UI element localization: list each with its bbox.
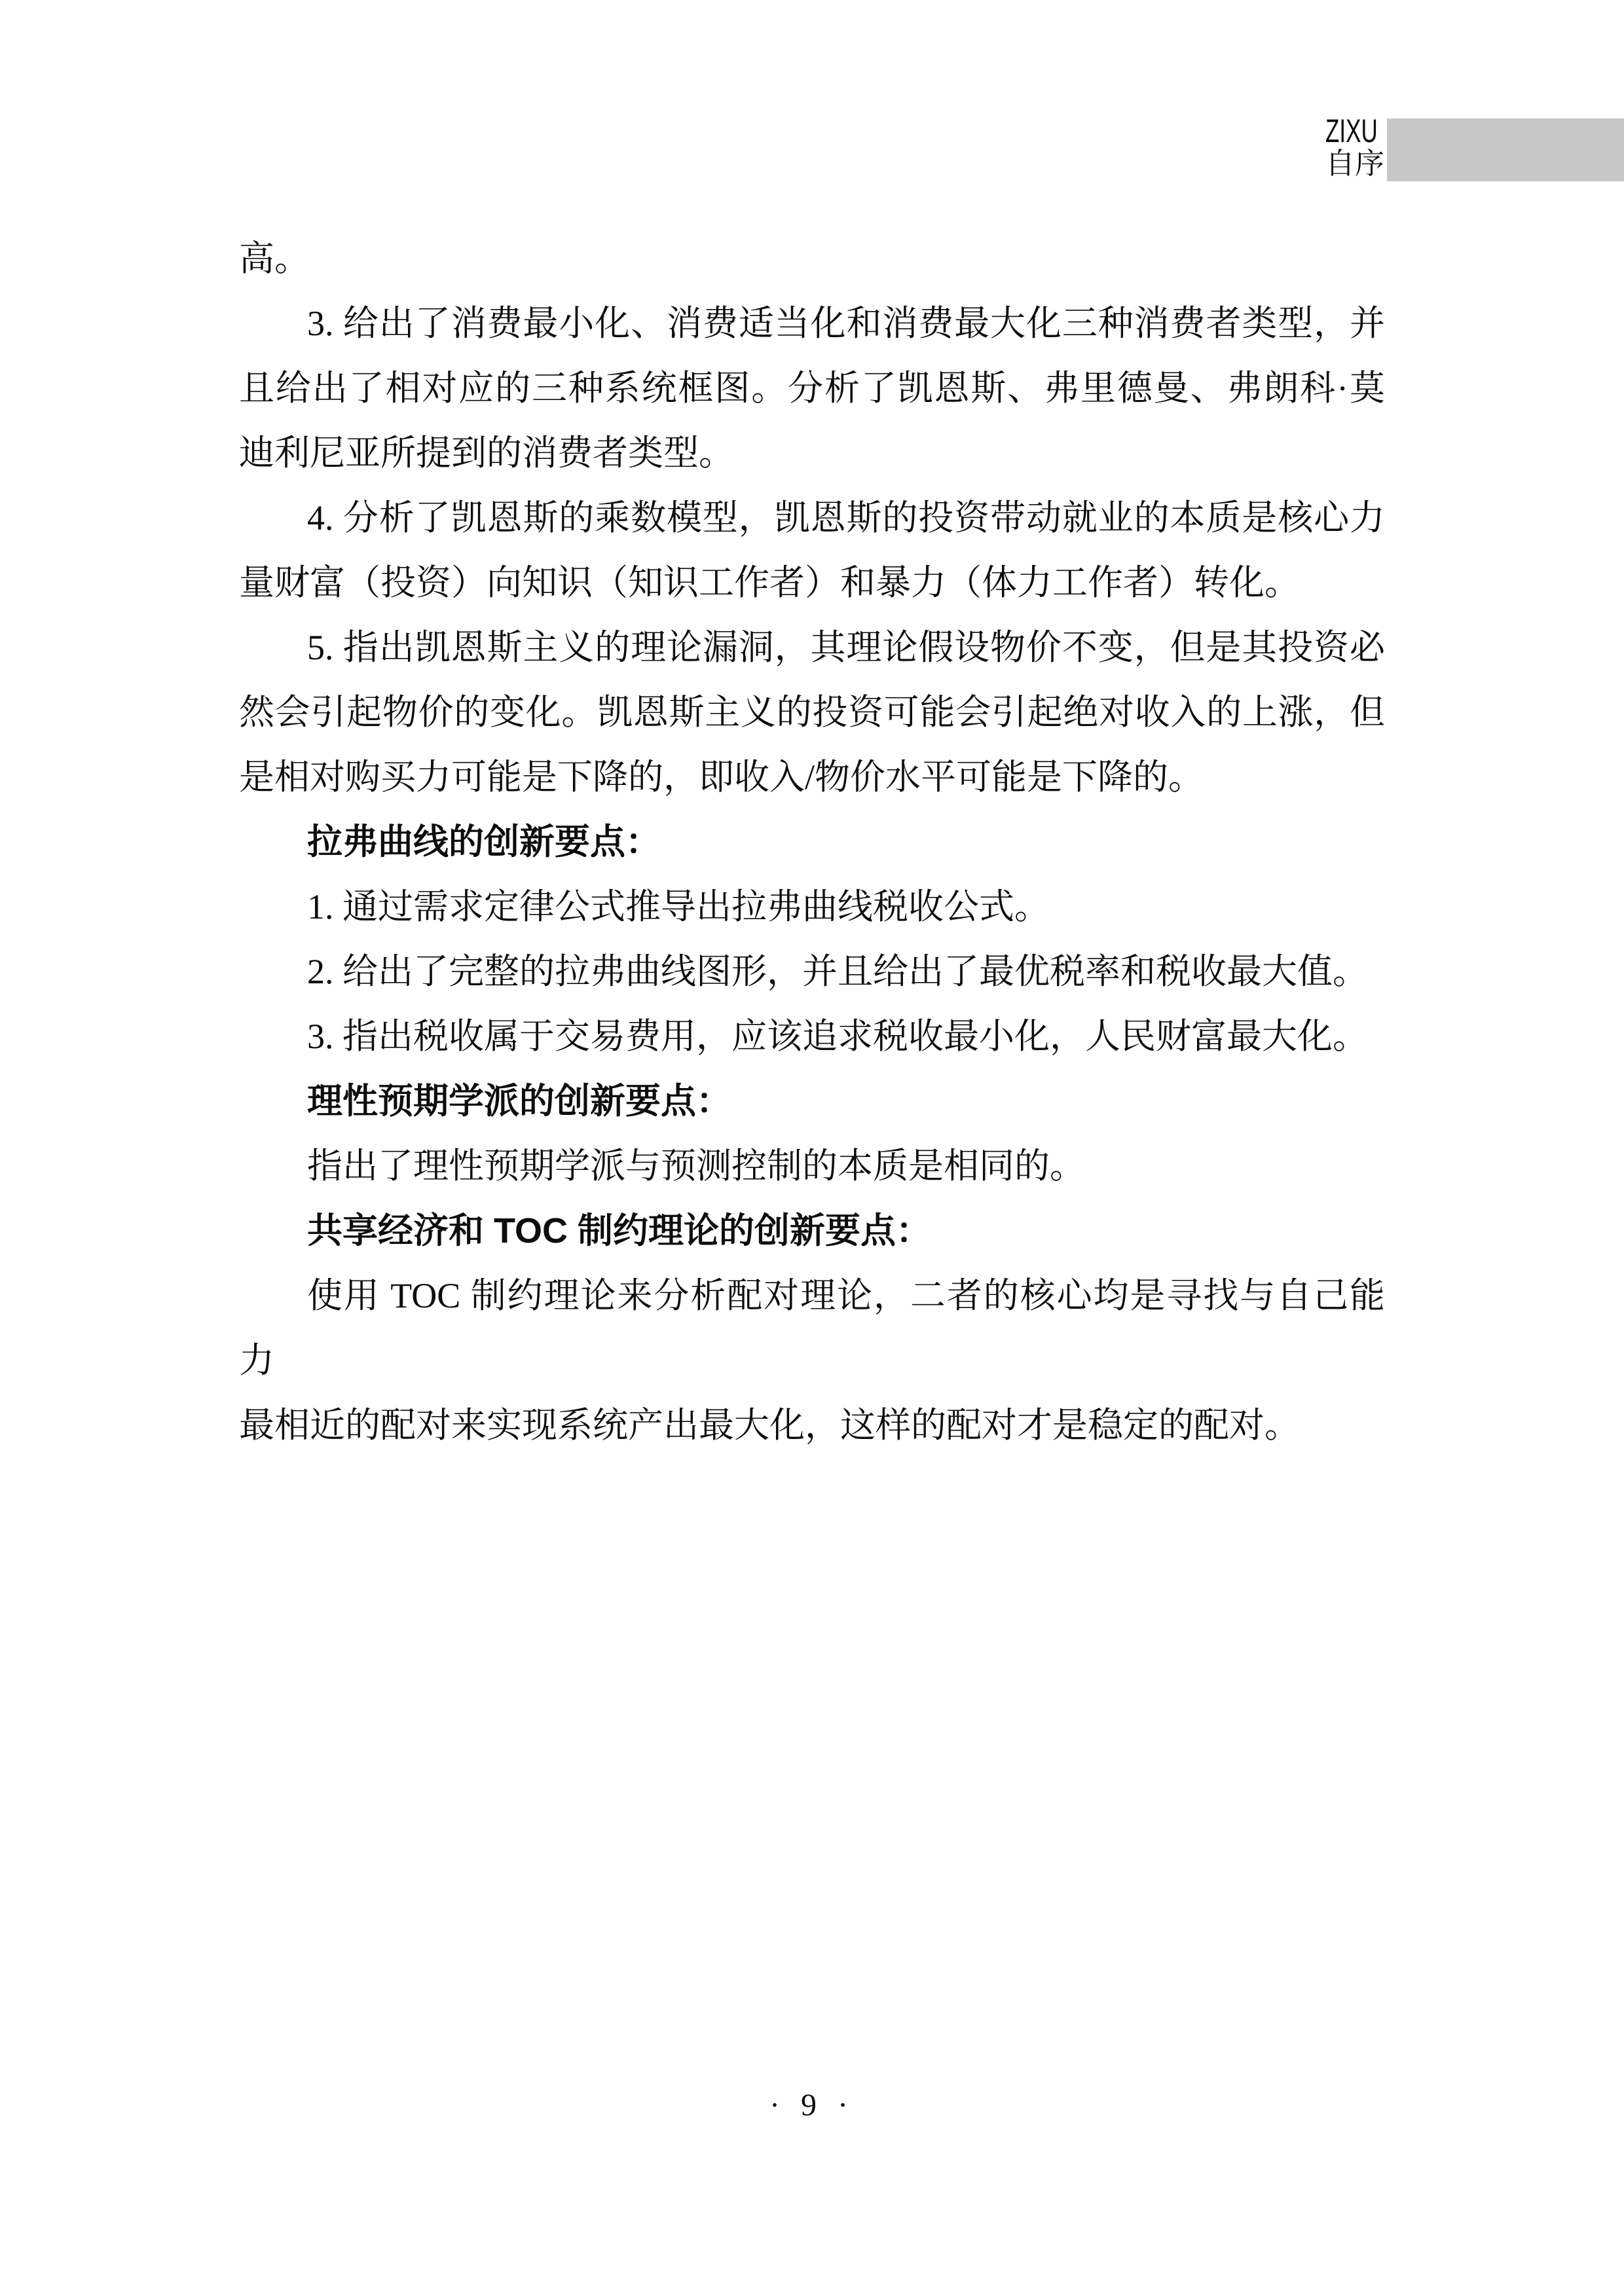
page-number: · 9 ·	[0, 2086, 1624, 2125]
running-head-latin-label: ZIXU	[1325, 115, 1378, 147]
text-line: 迪利尼亚所提到的消费者类型。	[239, 421, 1385, 486]
text-line: 然会引起物价的变化。凯恩斯主义的投资可能会引起绝对收入的上涨，但	[239, 680, 1385, 745]
running-head-bar	[1387, 118, 1624, 181]
text-line: 使用 TOC 制约理论来分析配对理论，二者的核心均是寻找与自己能力	[239, 1264, 1385, 1393]
text-line: 且给出了相对应的三种系统框图。分析了凯恩斯、弗里德曼、弗朗科·莫	[239, 356, 1385, 421]
section-heading: 理性预期学派的创新要点：	[239, 1069, 1385, 1134]
text-line: 指出了理性预期学派与预测控制的本质是相同的。	[239, 1134, 1385, 1199]
text-line: 4. 分析了凯恩斯的乘数模型，凯恩斯的投资带动就业的本质是核心力	[239, 486, 1385, 551]
running-head: ZIXU 自序	[1325, 115, 1400, 181]
text-line: 是相对购买力可能是下降的，即收入/物价水平可能是下降的。	[239, 745, 1385, 810]
text-line: 5. 指出凯恩斯主义的理论漏洞，其理论假设物价不变，但是其投资必	[239, 615, 1385, 680]
body-text: 高。3. 给出了消费最小化、消费适当化和消费最大化三种消费者类型，并且给出了相对…	[239, 227, 1385, 1458]
book-page: ZIXU 自序 高。3. 给出了消费最小化、消费适当化和消费最大化三种消费者类型…	[0, 0, 1624, 2296]
text-line: 1. 通过需求定律公式推导出拉弗曲线税收公式。	[239, 875, 1385, 939]
text-line: 2. 给出了完整的拉弗曲线图形，并且给出了最优税率和税收最大值。	[239, 939, 1385, 1004]
text-line: 高。	[239, 227, 1385, 291]
section-heading: 拉弗曲线的创新要点：	[239, 810, 1385, 875]
text-line: 3. 指出税收属于交易费用，应该追求税收最小化，人民财富最大化。	[239, 1004, 1385, 1069]
section-heading: 共享经济和 TOC 制约理论的创新要点：	[239, 1199, 1385, 1264]
running-head-cjk-label: 自序	[1325, 147, 1400, 181]
text-line: 3. 给出了消费最小化、消费适当化和消费最大化三种消费者类型，并	[239, 291, 1385, 356]
text-line: 最相近的配对来实现系统产出最大化，这样的配对才是稳定的配对。	[239, 1393, 1385, 1458]
text-line: 量财富（投资）向知识（知识工作者）和暴力（体力工作者）转化。	[239, 551, 1385, 615]
